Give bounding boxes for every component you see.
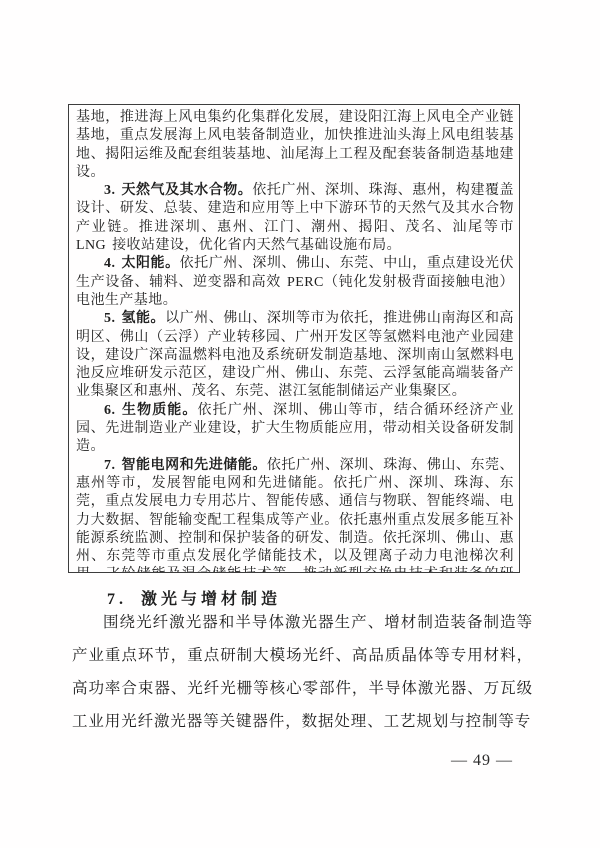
- item-number-title: 6. 生物质能。: [104, 403, 198, 418]
- paragraph-text: 基地，推进海上风电集约化集群化发展，建设阳江海上风电全产业链基地，重点发展海上风…: [76, 110, 514, 180]
- page-number: — 49 —: [451, 752, 513, 770]
- box-paragraph-smart-grid: 7. 智能电网和先进储能。依托广州、深圳、珠海、佛山、东莞、惠州等市，发展智能电…: [76, 457, 514, 573]
- item-number-title: 4. 太阳能。: [104, 256, 180, 271]
- box-paragraph-biomass: 6. 生物质能。依托广州、深圳、佛山等市，结合循环经济产业园、先进制造业产业建设…: [76, 402, 514, 457]
- document-page: 基地，推进海上风电集约化集群化发展，建设阳江海上风电全产业链基地，重点发展海上风…: [0, 0, 600, 848]
- item-number-title: 7. 智能电网和先进储能。: [104, 458, 267, 473]
- section-paragraph: 围绕光纤激光器和半导体激光器生产、增材制造装备制造等产业重点环节，重点研制大模场…: [72, 606, 533, 738]
- box-paragraph-continuation: 基地，推进海上风电集约化集群化发展，建设阳江海上风电全产业链基地，重点发展海上风…: [76, 109, 514, 182]
- item-number-title: 5. 氢能。: [104, 311, 165, 326]
- item-number-title: 3. 天然气及其水合物。: [104, 183, 252, 198]
- box-paragraph-solar: 4. 太阳能。依托广州、深圳、佛山、东莞、中山，重点建设光伏生产设备、辅料、逆变…: [76, 255, 514, 310]
- paragraph-text: 依托广州、深圳、珠海、佛山、东莞、惠州等市，发展智能电网和先进储能。依托广州、深…: [76, 458, 514, 573]
- box-paragraph-hydrogen: 5. 氢能。以广州、佛山、深圳等市为依托，推进佛山南海区和高明区、佛山（云浮）产…: [76, 310, 514, 401]
- boxed-text-frame: 基地，推进海上风电集约化集群化发展，建设阳江海上风电全产业链基地，重点发展海上风…: [68, 104, 520, 573]
- box-paragraph-natural-gas: 3. 天然气及其水合物。依托广州、深圳、珠海、惠州，构建覆盖设计、研发、总装、建…: [76, 182, 514, 255]
